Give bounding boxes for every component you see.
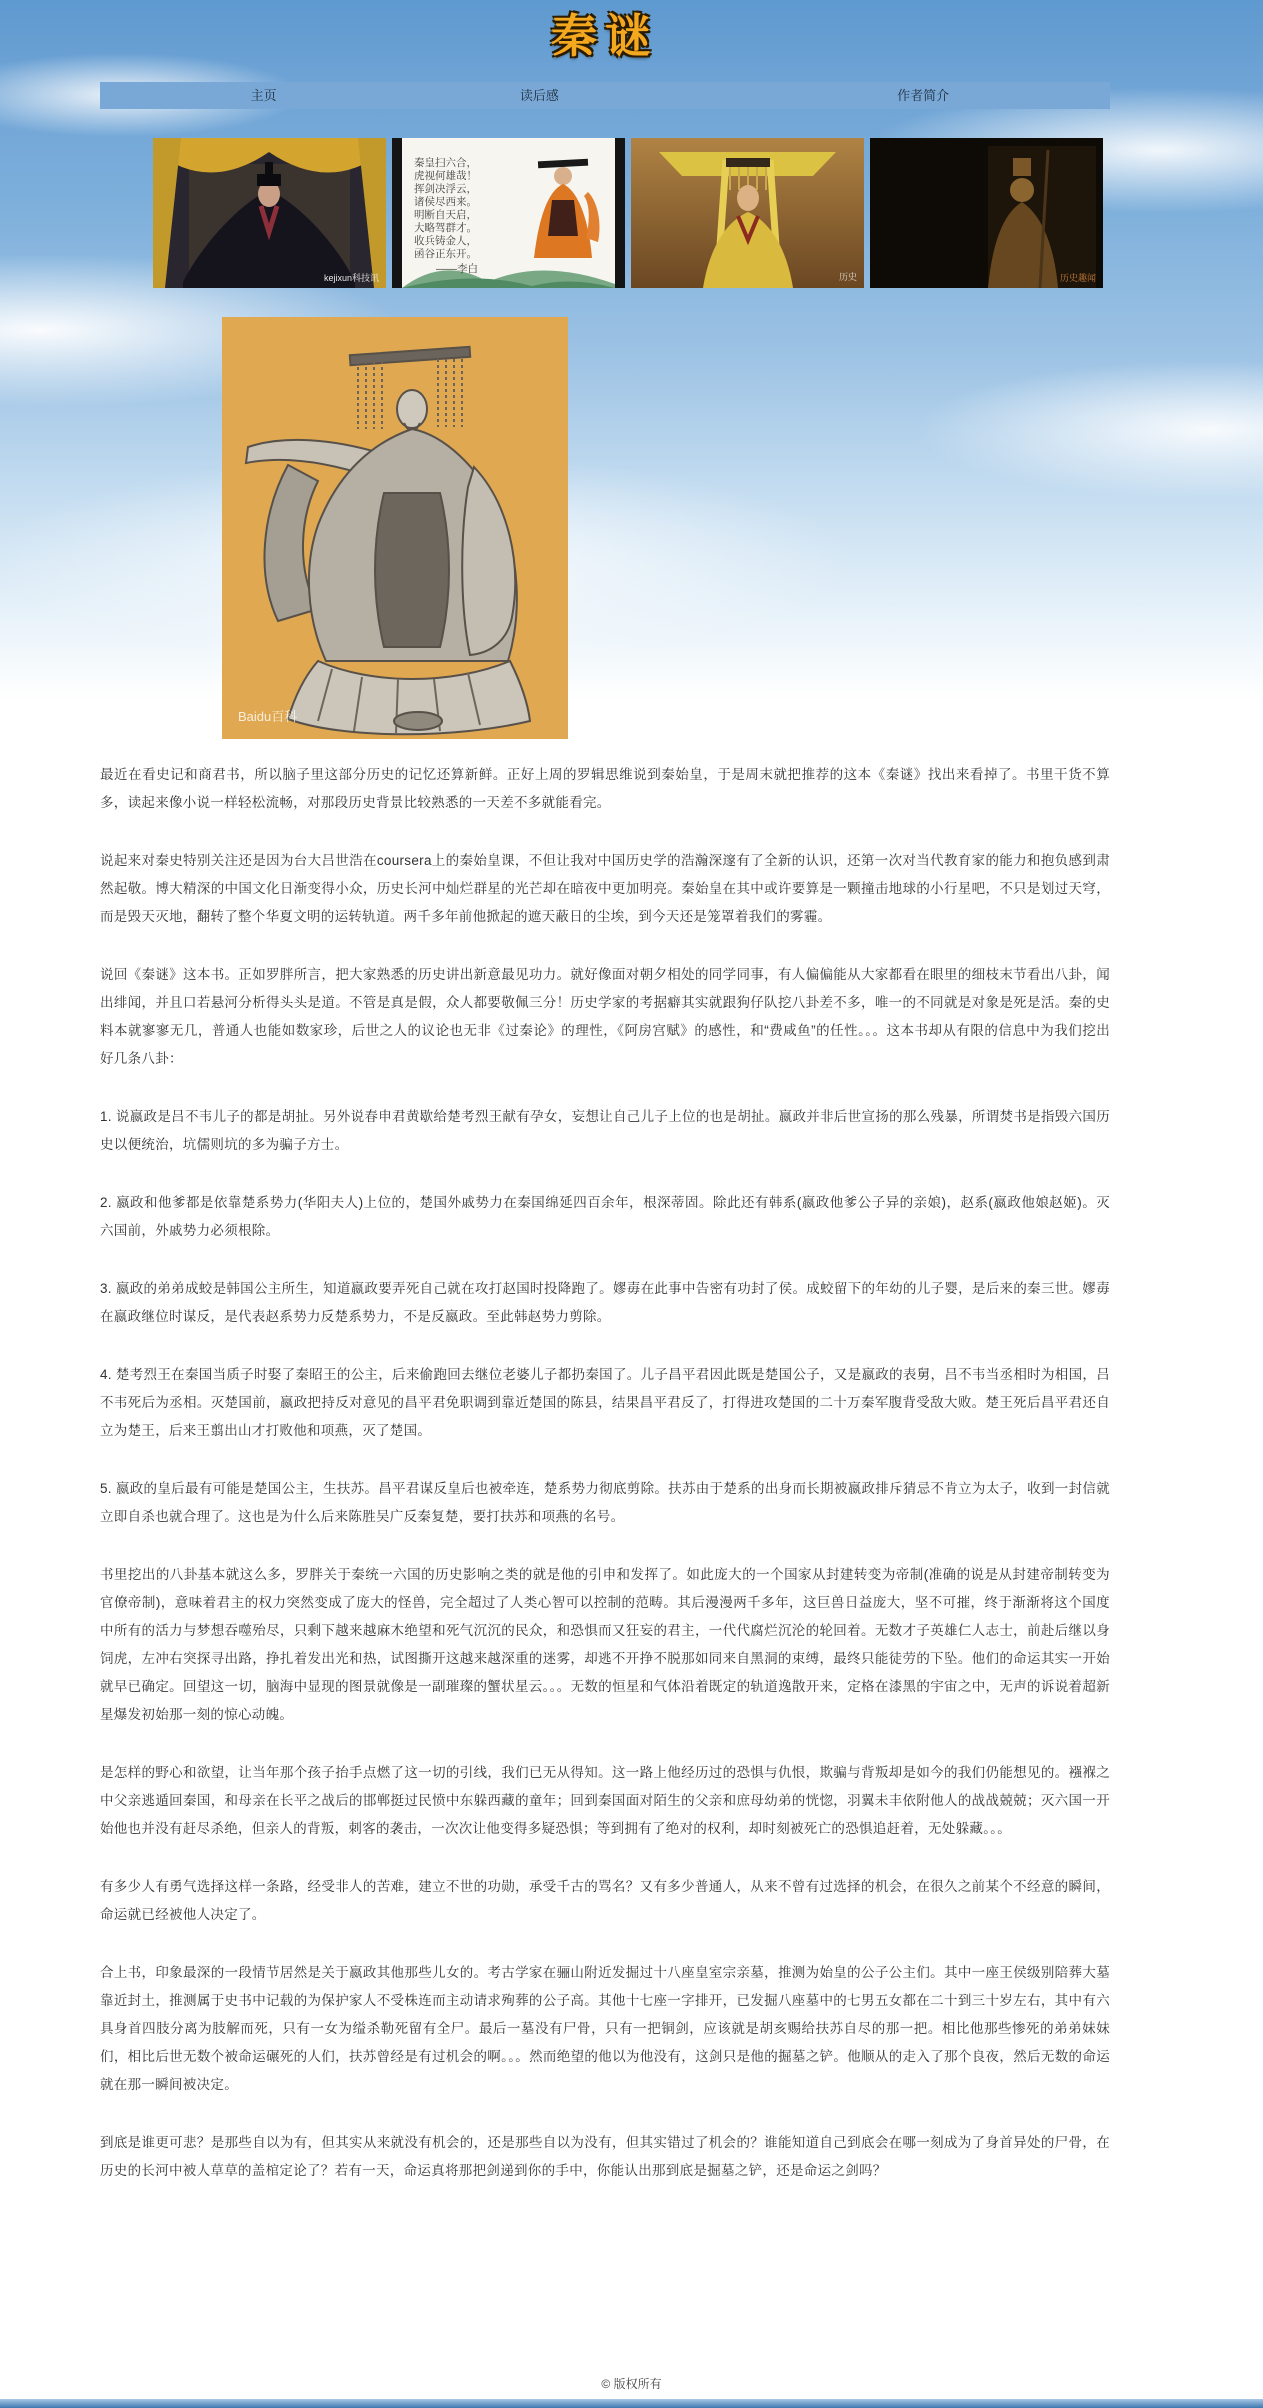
- gallery-image-bronze-statue[interactable]: 历史趣闻: [870, 138, 1103, 288]
- svg-text:——李白: ——李白: [436, 262, 478, 275]
- gallery-image-emperor-yellow-robe[interactable]: 历史: [631, 138, 864, 288]
- svg-text:虎视何雄哉！: 虎视何雄哉！: [414, 169, 477, 182]
- paragraph-coursera: 说起来对秦史特别关注还是因为台大吕世浩在coursera上的秦始皇课，不但让我对…: [100, 847, 1110, 931]
- qinshihuang-line-drawing-graphic: Baidu百科: [222, 317, 568, 739]
- paragraph-intro: 最近在看史记和商君书，所以脑子里这部分历史的记忆还算新鲜。正好上周的罗辑思维说到…: [100, 761, 1110, 817]
- footer-strip: [0, 2399, 1263, 2408]
- poem-text: 秦皇扫六合， 虎视何雄哉！ 挥剑决浮云， 诸侯尽西来。 明断自天启， 大略驾群才…: [414, 156, 478, 275]
- list-item-2: 2. 嬴政和他爹都是依靠楚系势力(华阳夫人)上位的，楚国外戚势力在秦国绵延四百余…: [100, 1189, 1110, 1245]
- nav-item-review[interactable]: 读后感: [520, 82, 559, 109]
- baidu-watermark: Baidu百科: [238, 709, 297, 724]
- nav-item-home[interactable]: 主页: [251, 82, 277, 109]
- emperor-drama-still-graphic: kejixun科技讯: [153, 138, 386, 288]
- bronze-statue-graphic: 历史趣闻: [870, 138, 1103, 288]
- paragraph-gossip: 说回《秦谜》这本书。正如罗胖所言，把大家熟悉的历史讲出新意最见功力。就好像面对朝…: [100, 961, 1110, 1073]
- svg-text:函谷正东开。: 函谷正东开。: [414, 247, 477, 260]
- hero-image-qinshihuang-drawing: Baidu百科: [222, 317, 568, 739]
- paragraph-empire: 书里挖出的八卦基本就这么多，罗胖关于秦统一六国的历史影响之类的就是他的引申和发挥…: [100, 1561, 1110, 1729]
- emperor-yellow-robe-graphic: 历史: [631, 138, 864, 288]
- svg-text:收兵铸金人，: 收兵铸金人，: [414, 234, 477, 247]
- watermark-text: 历史: [839, 271, 857, 282]
- content-container: 秦谜 主页 读后感 作者简介 kejixun科技讯: [100, 10, 1110, 2185]
- copyright-text: © 版权所有: [0, 2375, 1263, 2392]
- paragraph-courage: 有多少人有勇气选择这样一条路，经受非人的苦难，建立不世的功勋，承受千古的骂名？又…: [100, 1873, 1110, 1929]
- gallery-row: kejixun科技讯 秦皇扫六合， 虎视何雄哉！ 挥剑决浮云， 诸侯尽西来。 明…: [153, 138, 1103, 288]
- svg-text:诸侯尽西来。: 诸侯尽西来。: [414, 195, 477, 208]
- svg-text:秦皇扫六合，: 秦皇扫六合，: [414, 156, 477, 169]
- page: { "header": { "title": "秦谜" }, "nav": { …: [0, 0, 1263, 2408]
- list-item-4: 4. 楚考烈王在秦国当质子时娶了秦昭王的公主，后来偷跑回去继位老婆儿子都扔秦国了…: [100, 1361, 1110, 1445]
- site-title: 秦谜: [100, 10, 1110, 62]
- svg-text:明断自天启，: 明断自天启，: [414, 208, 477, 221]
- watermark-text: 历史趣闻: [1060, 272, 1096, 283]
- svg-text:挥剑决浮云，: 挥剑决浮云，: [414, 182, 477, 195]
- navbar: 主页 读后感 作者简介: [100, 82, 1110, 109]
- paragraph-tombs: 合上书，印象最深的一段情节居然是关于嬴政其他那些儿女的。考古学家在骊山附近发掘过…: [100, 1959, 1110, 2099]
- list-item-5: 5. 嬴政的皇后最有可能是楚国公主，生扶苏。昌平君谋反皇后也被牵连，楚系势力彻底…: [100, 1475, 1110, 1531]
- gallery-image-emperor-black-robe[interactable]: kejixun科技讯: [153, 138, 386, 288]
- paragraph-ambition: 是怎样的野心和欲望，让当年那个孩子抬手点燃了这一切的引线，我们已无从得知。这一路…: [100, 1759, 1110, 1843]
- gallery-image-libai-poem[interactable]: 秦皇扫六合， 虎视何雄哉！ 挥剑决浮云， 诸侯尽西来。 明断自天启， 大略驾群才…: [392, 138, 625, 288]
- paragraph-ending: 到底是谁更可悲？是那些自以为有，但其实从来就没有机会的，还是那些自以为没有，但其…: [100, 2129, 1110, 2185]
- watermark-text: kejixun科技讯: [324, 272, 379, 283]
- list-item-1: 1. 说嬴政是吕不韦儿子的都是胡扯。另外说春申君黄歇给楚考烈王献有孕女，妄想让自…: [100, 1103, 1110, 1159]
- svg-text:大略驾群才。: 大略驾群才。: [414, 221, 477, 234]
- list-item-3: 3. 嬴政的弟弟成蛟是韩国公主所生，知道嬴政要弄死自己就在攻打赵国时投降跑了。嫪…: [100, 1275, 1110, 1331]
- book-review-article: 最近在看史记和商君书，所以脑子里这部分历史的记忆还算新鲜。正好上周的罗辑思维说到…: [100, 761, 1110, 2185]
- libai-poem-card-graphic: 秦皇扫六合， 虎视何雄哉！ 挥剑决浮云， 诸侯尽西来。 明断自天启， 大略驾群才…: [392, 138, 625, 288]
- nav-item-author[interactable]: 作者简介: [897, 82, 949, 109]
